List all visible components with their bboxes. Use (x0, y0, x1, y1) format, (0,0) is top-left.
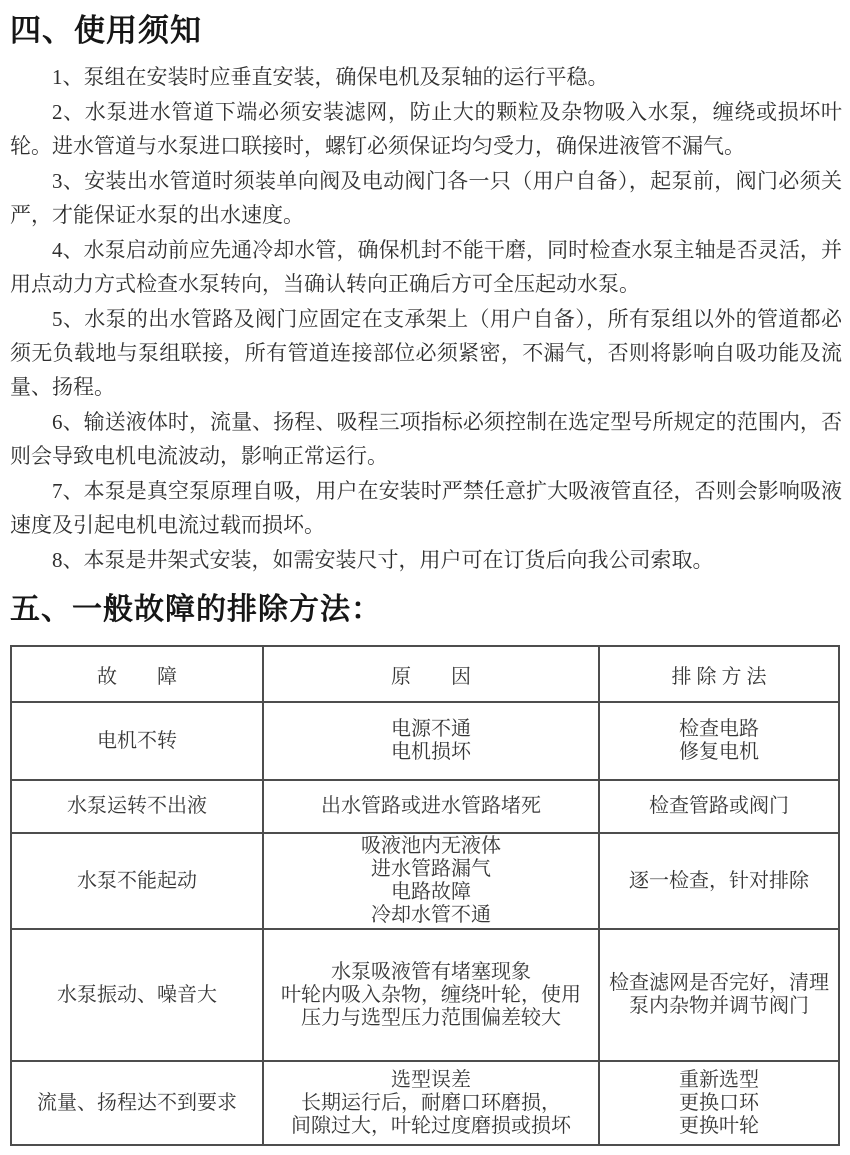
cell-line: 水泵吸液管有堵塞现象 (264, 961, 598, 984)
fault-cell: 流量、扬程达不到要求 (11, 1061, 263, 1145)
cell-line: 出水管路或进水管路堵死 (264, 795, 598, 818)
cause-cell: 电源不通 电机损坏 (263, 702, 599, 780)
instruction-item-4: 4、水泵启动前应先通冷却水管，确保机封不能干磨，同时检查水泵主轴是否灵活，并用点… (10, 233, 842, 301)
fault-cell: 水泵运转不出液 (11, 780, 263, 833)
cell-line: 逐一检查，针对排除 (600, 870, 838, 893)
header-fault: 故 障 (11, 646, 263, 702)
fault-table-row: 水泵不能起动 吸液池内无液体 进水管路漏气 电路故障 冷却水管不通 逐一检查，针… (11, 833, 839, 929)
cell-line: 长期运行后，耐磨口环磨损， (264, 1092, 598, 1115)
instruction-item-3: 3、安装出水管道时须装单向阀及电动阀门各一只（用户自备），起泵前，阀门必须关严，… (10, 164, 842, 232)
cell-line: 水泵振动、噪音大 (12, 984, 262, 1007)
cell-line: 流量、扬程达不到要求 (12, 1092, 262, 1115)
cell-line: 叶轮内吸入杂物，缠绕叶轮，使用 (264, 984, 598, 1007)
cell-line: 电机损坏 (264, 741, 598, 764)
remedy-cell: 检查管路或阀门 (599, 780, 839, 833)
usage-instruction-list: 1、泵组在安装时应垂直安装，确保电机及泵轴的运行平稳。 2、水泵进水管道下端必须… (10, 60, 842, 577)
cell-line: 检查滤网是否完好，清理 (600, 972, 838, 995)
instruction-item-1: 1、泵组在安装时应垂直安装，确保电机及泵轴的运行平稳。 (10, 60, 842, 94)
cell-line: 更换叶轮 (600, 1115, 838, 1138)
cell-line: 泵内杂物并调节阀门 (600, 995, 838, 1018)
instruction-item-5: 5、水泵的出水管路及阀门应固定在支承架上（用户自备），所有泵组以外的管道都必须无… (10, 302, 842, 404)
cell-line: 电路故障 (264, 881, 598, 904)
cause-cell: 选型误差 长期运行后，耐磨口环磨损， 间隙过大，叶轮过度磨损或损坏 (263, 1061, 599, 1145)
fault-table-row: 流量、扬程达不到要求 选型误差 长期运行后，耐磨口环磨损， 间隙过大，叶轮过度磨… (11, 1061, 839, 1145)
instruction-item-8: 8、本泵是井架式安装，如需安装尺寸，用户可在订货后向我公司索取。 (10, 543, 842, 577)
fault-table-row: 水泵运转不出液 出水管路或进水管路堵死 检查管路或阀门 (11, 780, 839, 833)
cell-line: 冷却水管不通 (264, 904, 598, 927)
header-cause: 原 因 (263, 646, 599, 702)
remedy-cell: 检查电路 修复电机 (599, 702, 839, 780)
header-remedy: 排 除 方 法 (599, 646, 839, 702)
section-usage-title: 四、使用须知 (10, 12, 842, 50)
cell-line: 电源不通 (264, 718, 598, 741)
remedy-cell: 重新选型 更换口环 更换叶轮 (599, 1061, 839, 1145)
cell-line: 修复电机 (600, 741, 838, 764)
cell-line: 进水管路漏气 (264, 858, 598, 881)
instruction-item-6: 6、输送液体时，流量、扬程、吸程三项指标必须控制在选定型号所规定的范围内，否则会… (10, 405, 842, 473)
cell-line: 选型误差 (264, 1069, 598, 1092)
cell-line: 检查电路 (600, 718, 838, 741)
fault-table-row: 电机不转 电源不通 电机损坏 检查电路 修复电机 (11, 702, 839, 780)
fault-cell: 电机不转 (11, 702, 263, 780)
fault-table: 故 障 原 因 排 除 方 法 电机不转 电源不通 电机损坏 检查电路 修复电机… (10, 645, 840, 1146)
cell-line: 检查管路或阀门 (600, 795, 838, 818)
remedy-cell: 逐一检查，针对排除 (599, 833, 839, 929)
cell-line: 电机不转 (12, 730, 262, 753)
fault-table-row: 水泵振动、噪音大 水泵吸液管有堵塞现象 叶轮内吸入杂物，缠绕叶轮，使用 压力与选… (11, 929, 839, 1061)
section-troubleshooting-title: 五、一般故障的排除方法： (10, 591, 842, 629)
cell-line: 更换口环 (600, 1092, 838, 1115)
cell-line: 水泵不能起动 (12, 870, 262, 893)
cell-line: 重新选型 (600, 1069, 838, 1092)
cell-line: 吸液池内无液体 (264, 835, 598, 858)
cause-cell: 水泵吸液管有堵塞现象 叶轮内吸入杂物，缠绕叶轮，使用 压力与选型压力范围偏差较大 (263, 929, 599, 1061)
instruction-item-2: 2、水泵进水管道下端必须安装滤网，防止大的颗粒及杂物吸入水泵，缠绕或损坏叶轮。进… (10, 95, 842, 163)
cause-cell: 出水管路或进水管路堵死 (263, 780, 599, 833)
fault-cell: 水泵不能起动 (11, 833, 263, 929)
instruction-item-7: 7、本泵是真空泵原理自吸，用户在安装时严禁任意扩大吸液管直径，否则会影响吸液速度… (10, 474, 842, 542)
manual-page: 四、使用须知 1、泵组在安装时应垂直安装，确保电机及泵轴的运行平稳。 2、水泵进… (0, 0, 850, 1155)
cell-line: 间隙过大，叶轮过度磨损或损坏 (264, 1115, 598, 1138)
cause-cell: 吸液池内无液体 进水管路漏气 电路故障 冷却水管不通 (263, 833, 599, 929)
cell-line: 压力与选型压力范围偏差较大 (264, 1007, 598, 1030)
remedy-cell: 检查滤网是否完好，清理 泵内杂物并调节阀门 (599, 929, 839, 1061)
cell-line: 水泵运转不出液 (12, 795, 262, 818)
fault-cell: 水泵振动、噪音大 (11, 929, 263, 1061)
fault-table-header-row: 故 障 原 因 排 除 方 法 (11, 646, 839, 702)
